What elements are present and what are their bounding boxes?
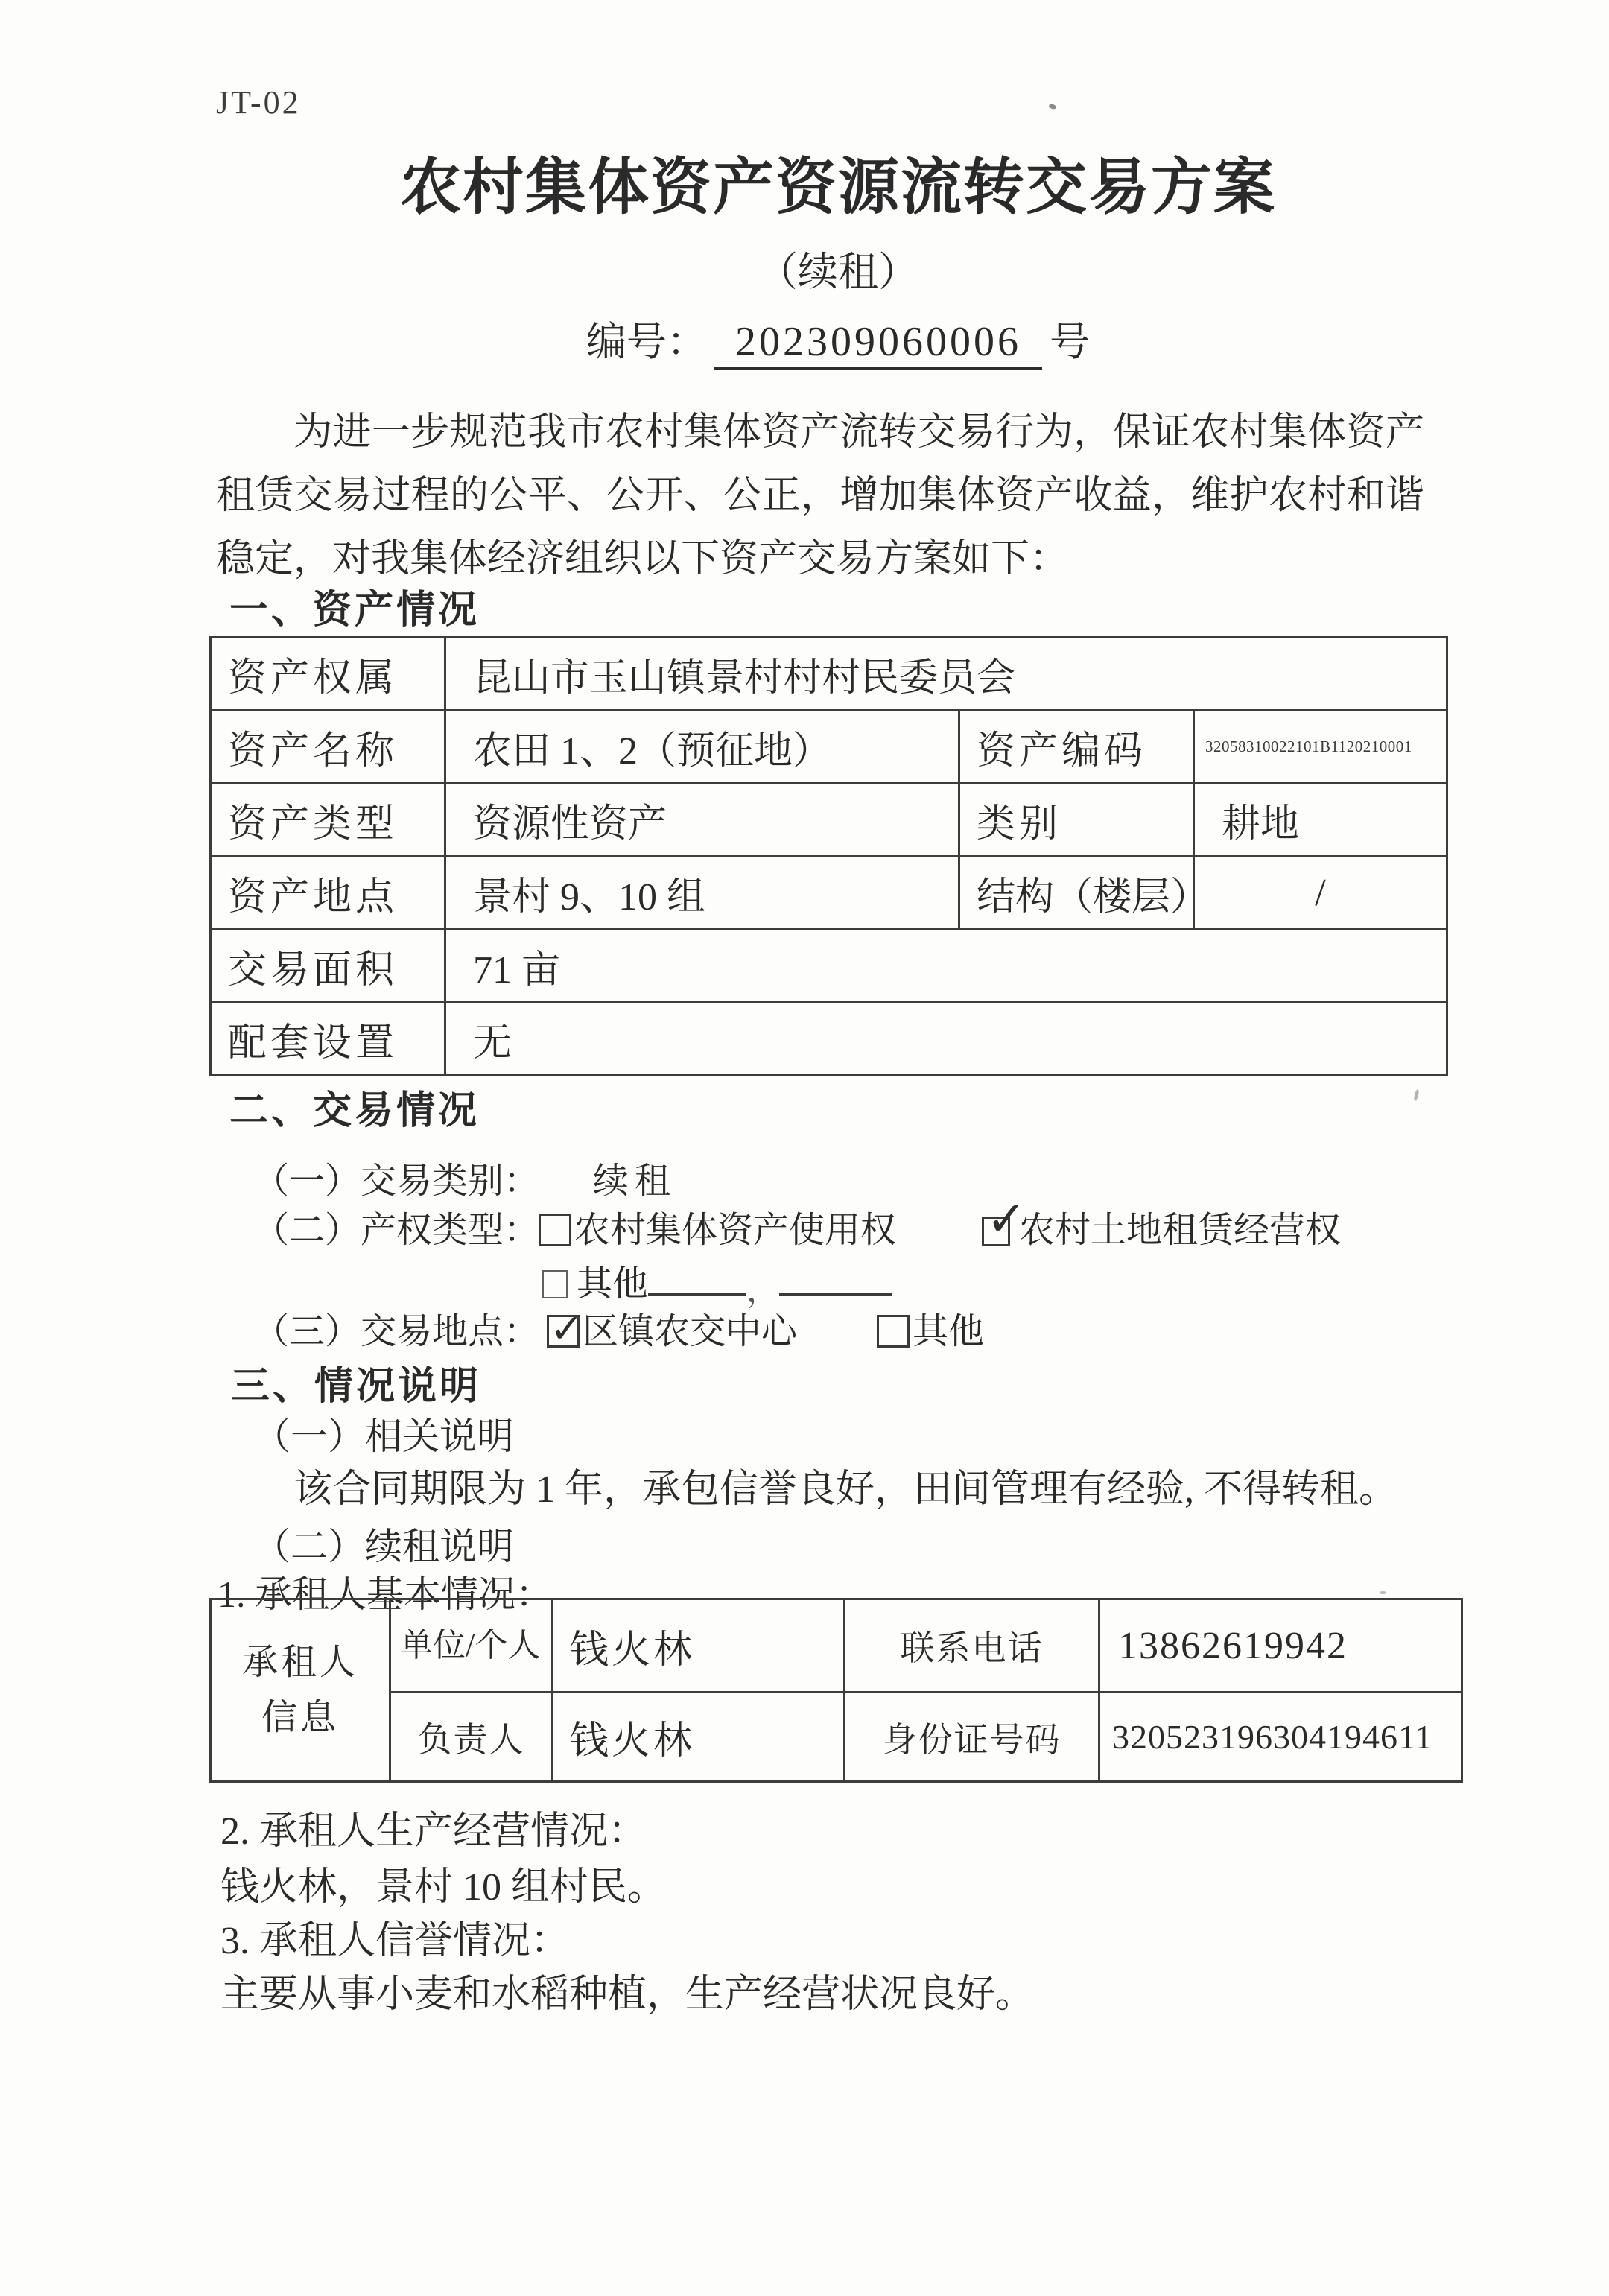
section-heading-notes: 三、情况说明: [231, 1354, 481, 1410]
transaction-type-label: （一）交易类别：: [253, 1152, 539, 1203]
option-label: 其他: [913, 1312, 984, 1351]
checkbox-rural-land-lease-right: [982, 1217, 1010, 1246]
notes-sub1-heading: （一）相关说明: [253, 1407, 514, 1460]
asset-structure-label: 结构（楼层）: [959, 857, 1194, 930]
asset-type-value: 资源性资产: [445, 784, 959, 857]
lessee-table: 承租人 信息 单位/个人 钱火林 联系电话 13862619942 负责人 钱火…: [209, 1598, 1463, 1783]
asset-ownership-label: 资产权属: [211, 638, 445, 711]
option-other-location: 其他: [877, 1302, 984, 1354]
lessee-unit-label: 单位/个人: [390, 1599, 553, 1693]
lessee-table-row-manager: 负责人 钱火林 身份证号码 320523196304194611: [211, 1693, 1462, 1782]
document-number-label: 编号：: [586, 320, 707, 364]
asset-area-label: 交易面积: [211, 930, 445, 1003]
asset-code-label: 资产编码: [959, 711, 1194, 784]
document-number-suffix: 号: [1050, 320, 1090, 364]
document-number-line: 编号：202309060006号: [67, 310, 1609, 370]
section-heading-asset: 一、资产情况: [229, 578, 480, 634]
lessee-group-label-line1: 承租人: [212, 1635, 388, 1690]
intro-paragraph: 为进一步规范我市农村集体资产流转交易行为，保证农村集体资产租赁交易过程的公平、公…: [216, 401, 1424, 591]
lessee-manager-label: 负责人: [390, 1693, 553, 1782]
option-town-agri-trade-center: 区镇农交中心: [547, 1302, 797, 1354]
lessee-business-heading: 2. 承租人生产经营情况：: [220, 1799, 647, 1855]
asset-table-row-area: 交易面积 71 亩: [211, 930, 1447, 1003]
lessee-phone-value: 13862619942: [1099, 1599, 1462, 1693]
checkbox-rural-collective-asset-use-right: [539, 1214, 571, 1246]
lessee-id-label: 身份证号码: [845, 1693, 1099, 1782]
notes-sub2-heading: （二）续租说明: [253, 1517, 514, 1570]
option-label: 区镇农交中心: [583, 1312, 797, 1351]
option-label: 农村土地租赁经营权: [1019, 1211, 1341, 1250]
lessee-unit-value: 钱火林: [553, 1599, 845, 1693]
checkbox-other-property-type: [542, 1270, 568, 1298]
checkbox-town-agri-trade-center: [547, 1315, 580, 1348]
lessee-table-row-unit: 承租人 信息 单位/个人 钱火林 联系电话 13862619942: [211, 1599, 1462, 1693]
document-number-value: 202309060006: [714, 318, 1042, 370]
checkbox-other-location: [877, 1315, 910, 1348]
asset-table-row-ownership: 资产权属 昆山市玉山镇景村村村民委员会: [211, 638, 1447, 711]
scanned-document-page: JT-02 农村集体资产资源流转交易方案 （续租） 编号：20230906000…: [0, 0, 1609, 2296]
option-label: 农村集体资产使用权: [574, 1211, 896, 1250]
option-label: 其他: [577, 1264, 648, 1304]
blank-fill-line: [648, 1259, 746, 1296]
asset-location-label: 资产地点: [211, 857, 445, 930]
notes-sub1-text: 该合同期限为 1 年，承包信誉良好，田间管理有经验, 不得转租。: [293, 1457, 1397, 1513]
asset-name-label: 资产名称: [211, 711, 445, 784]
asset-table-row-location-structure: 资产地点 景村 9、10 组 结构（楼层） /: [211, 857, 1447, 930]
scan-speck: [1413, 1089, 1420, 1102]
asset-table-row-name-code: 资产名称 农田 1、2（预征地） 资产编码 32058310022101B112…: [211, 711, 1447, 784]
asset-facility-label: 配套设置: [211, 1003, 445, 1076]
lessee-phone-label: 联系电话: [845, 1599, 1099, 1693]
asset-code-value: 32058310022101B1120210001: [1194, 711, 1447, 784]
transaction-type-value: 续租: [593, 1152, 676, 1203]
asset-ownership-value: 昆山市玉山镇景村村村民委员会: [445, 638, 1447, 711]
asset-table: 资产权属 昆山市玉山镇景村村村民委员会 资产名称 农田 1、2（预征地） 资产编…: [209, 636, 1448, 1076]
asset-area-value: 71 亩: [445, 930, 1447, 1003]
scan-speck: [1048, 103, 1056, 110]
asset-name-value: 农田 1、2（预征地）: [445, 711, 959, 784]
transaction-location-label: （三）交易地点：: [253, 1302, 539, 1354]
document-subtitle: （续租）: [67, 240, 1609, 297]
asset-structure-value: /: [1194, 857, 1447, 930]
form-code: JT-02: [216, 83, 301, 121]
asset-table-row-type-category: 资产类型 资源性资产 类别 耕地: [211, 784, 1447, 857]
asset-category-label: 类别: [959, 784, 1194, 857]
scan-speck: [1380, 1591, 1386, 1594]
option-rural-collective-asset-use-right: 农村集体资产使用权: [539, 1201, 896, 1252]
section-heading-transaction: 二、交易情况: [229, 1079, 480, 1135]
lessee-id-value: 320523196304194611: [1099, 1693, 1462, 1782]
asset-type-label: 资产类型: [211, 784, 445, 857]
asset-facility-value: 无: [445, 1003, 1447, 1076]
property-right-type-label: （二）产权类型：: [253, 1201, 539, 1252]
lessee-group-label-line2: 信息: [212, 1690, 388, 1745]
document-title: 农村集体资产资源流转交易方案: [67, 139, 1609, 226]
asset-category-value: 耕地: [1194, 784, 1447, 857]
asset-table-row-facility: 配套设置 无: [211, 1003, 1447, 1076]
blank-fill-line: [779, 1259, 892, 1296]
option-other-property-type: 其他，: [542, 1255, 892, 1306]
lessee-credit-text: 主要从事小麦和水稻种植，生产经营状况良好。: [220, 1962, 1034, 2018]
lessee-group-label: 承租人 信息: [211, 1599, 390, 1782]
lessee-business-text: 钱火林，景村 10 组村民。: [220, 1855, 666, 1911]
lessee-credit-heading: 3. 承租人信誉情况：: [220, 1909, 569, 1964]
lessee-manager-value: 钱火林: [553, 1693, 845, 1782]
asset-location-value: 景村 9、10 组: [445, 857, 959, 930]
option-rural-land-lease-right: 农村土地租赁经营权: [982, 1201, 1341, 1252]
